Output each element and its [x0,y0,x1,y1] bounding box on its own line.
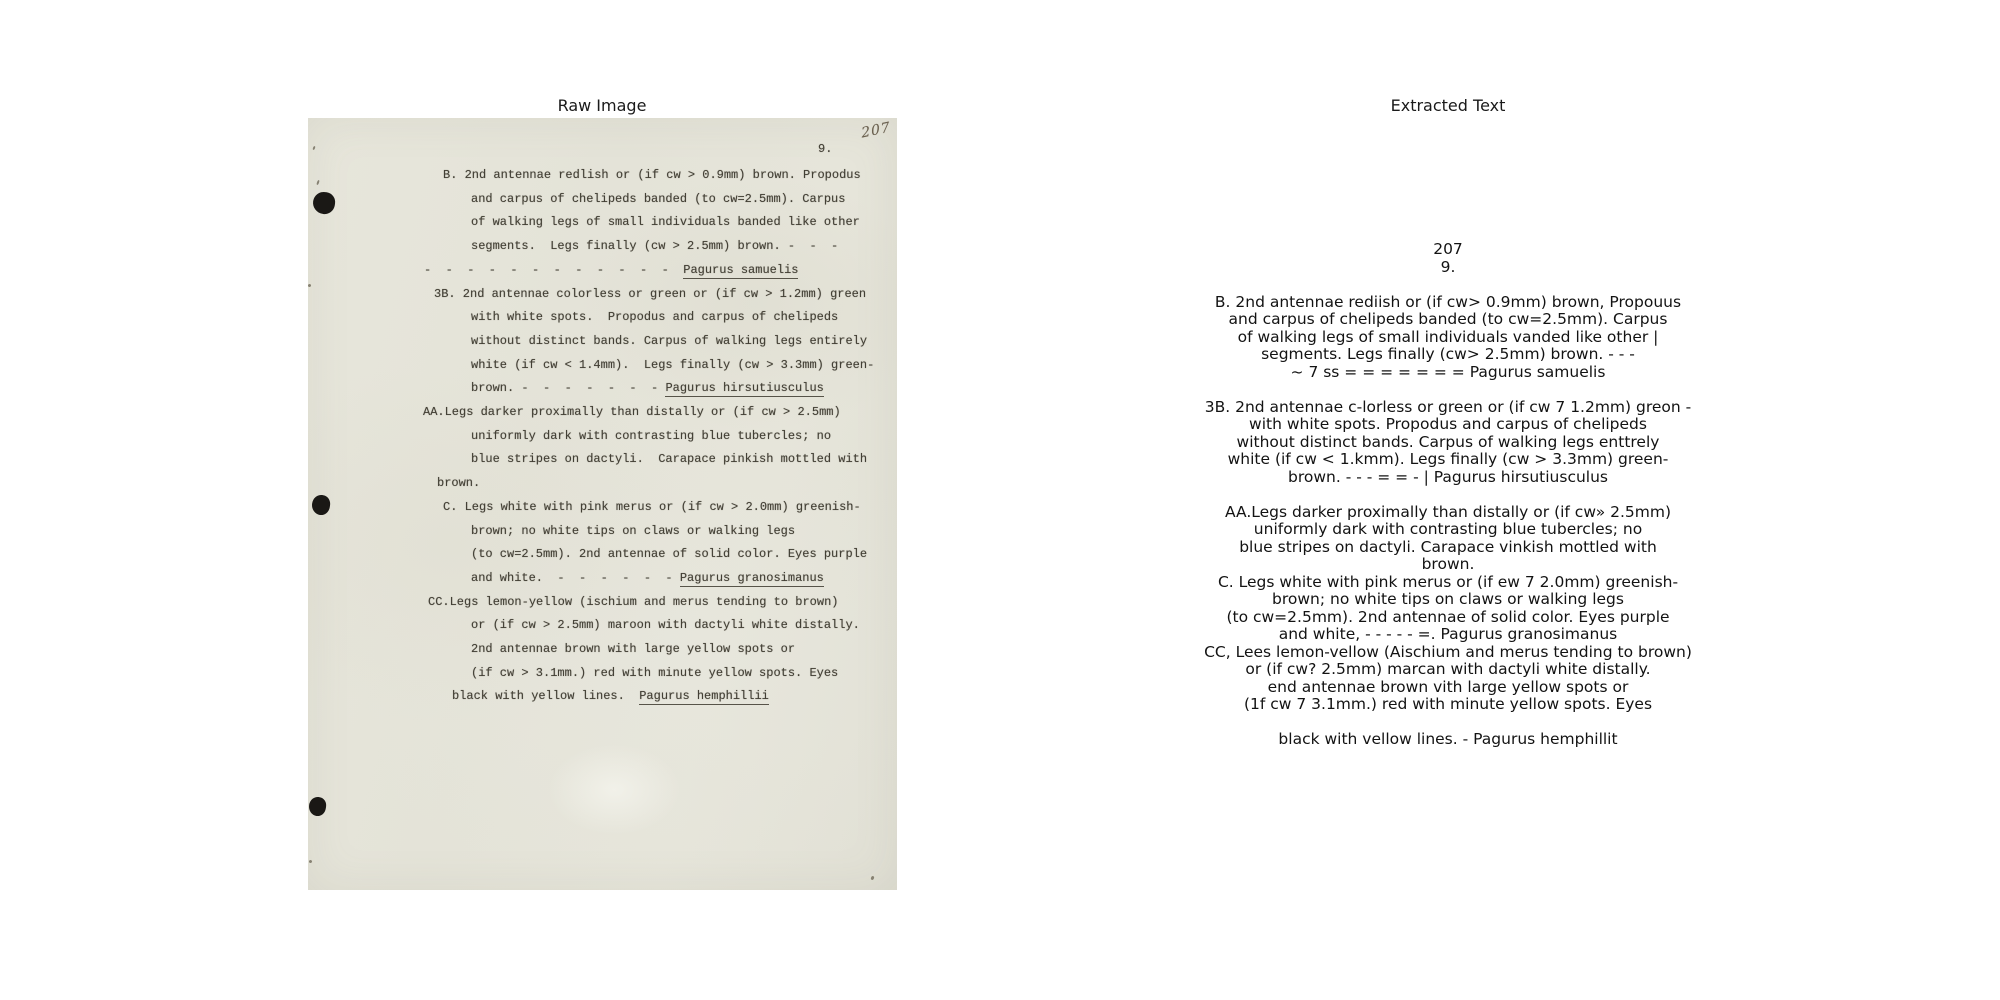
extracted-text-line: black with vellow lines. - Pagurus hemph… [1148,731,1748,749]
raw-text-line: of walking legs of small individuals ban… [471,214,860,230]
extracted-text-line: without distinct bands. Carpus of walkin… [1148,434,1748,452]
extracted-text-line: C. Legs white with pink merus or (if ew … [1148,574,1748,592]
extracted-text-line: brown. [1148,556,1748,574]
raw-text-line: black with yellow lines. Pagurus hemphil… [452,688,769,704]
species-name-underlined: Pagurus samuelis [683,263,798,279]
raw-text: 3B. 2nd antennae colorless or green or (… [434,287,866,301]
raw-text-line: 3B. 2nd antennae colorless or green or (… [434,286,866,302]
extracted-text-line [1148,714,1748,732]
hole-punch-icon [312,191,337,216]
extracted-text-line: with white spots. Propodus and carpus of… [1148,416,1748,434]
raw-text: 2nd antennae brown with large yellow spo… [471,642,795,656]
raw-text-line: AA.Legs darker proximally than distally … [423,404,841,420]
raw-text: brown. [437,476,480,490]
extracted-text-block: 2079. B. 2nd antennae rediish or (if cw>… [1148,241,1748,749]
raw-text-line: or (if cw > 2.5mm) maroon with dactyli w… [471,617,860,633]
extracted-text-line: ~ 7 ss = = = = = = = Pagurus samuelis [1148,364,1748,382]
raw-text: and white. - - - - - - [471,571,680,585]
extracted-text-line: 9. [1148,259,1748,277]
extracted-text-line: end antennae brown vith large yellow spo… [1148,679,1748,697]
raw-text-line: segments. Legs finally (cw > 2.5mm) brow… [471,238,838,254]
hole-punch-icon [308,796,327,817]
raw-text-line: CC.Legs lemon-yellow (ischium and merus … [428,594,838,610]
raw-text-line: white (if cw < 1.4mm). Legs finally (cw … [471,357,874,373]
raw-text-line: and carpus of chelipeds banded (to cw=2.… [471,191,845,207]
raw-text-line: without distinct bands. Carpus of walkin… [471,333,867,349]
raw-text: white (if cw < 1.4mm). Legs finally (cw … [471,358,874,372]
raw-text-line: C. Legs white with pink merus or (if cw … [443,499,861,515]
raw-text: without distinct bands. Carpus of walkin… [471,334,867,348]
extracted-text-line: blue stripes on dactyli. Carapace vinkis… [1148,539,1748,557]
raw-text-line: brown; no white tips on claws or walking… [471,523,795,539]
paper-speck [316,180,320,185]
extracted-text-line: uniformly dark with contrasting blue tub… [1148,521,1748,539]
extracted-text-line: brown; no white tips on claws or walking… [1148,591,1748,609]
raw-text: black with yellow lines. [452,689,639,703]
raw-text: blue stripes on dactyli. Carapace pinkis… [471,452,867,466]
species-name-underlined: Pagurus hirsutiusculus [665,381,823,397]
raw-text-line: brown. [437,475,480,491]
raw-text: - - - - - - - - - - - - [424,263,683,277]
raw-text-line: 2nd antennae brown with large yellow spo… [471,641,795,657]
raw-text: segments. Legs finally (cw > 2.5mm) brow… [471,239,838,253]
raw-text: (to cw=2.5mm). 2nd antennae of solid col… [471,547,867,561]
raw-text: 9. [818,142,832,156]
raw-text: or (if cw > 2.5mm) maroon with dactyli w… [471,618,860,632]
hole-punch-icon [311,494,332,516]
extracted-text-line: segments. Legs finally (cw> 2.5mm) brown… [1148,346,1748,364]
raw-text-line: (to cw=2.5mm). 2nd antennae of solid col… [471,546,867,562]
extracted-text-line: 3B. 2nd antennae c-lorless or green or (… [1148,399,1748,417]
extracted-text-line: B. 2nd antennae rediish or (if cw> 0.9mm… [1148,294,1748,312]
raw-image-panel-title: Raw Image [452,96,752,115]
extracted-text-line: or (if cw? 2.5mm) marcan with dactyli wh… [1148,661,1748,679]
extracted-text-line: (to cw=2.5mm). 2nd antennae of solid col… [1148,609,1748,627]
extracted-text-line: white (if cw < 1.kmm). Legs finally (cw … [1148,451,1748,469]
paper-speck [308,284,312,288]
raw-text: with white spots. Propodus and carpus of… [471,310,838,324]
figure-canvas: Raw Image Extracted Text 207 9.B. 2nd an… [0,0,2000,1000]
extracted-text-line: AA.Legs darker proximally than distally … [1148,504,1748,522]
raw-text-line: blue stripes on dactyli. Carapace pinkis… [471,451,867,467]
extracted-text-line: CC, Lees lemon-vellow (Aischium and meru… [1148,644,1748,662]
raw-text-line: uniformly dark with contrasting blue tub… [471,428,831,444]
raw-text: B. 2nd antennae redlish or (if cw > 0.9m… [443,168,861,182]
extracted-text-line [1148,276,1748,294]
raw-text: brown. - - - - - - - [471,381,665,395]
raw-text: (if cw > 3.1mm.) red with minute yellow … [471,666,838,680]
handwritten-page-number: 207 [861,116,906,141]
extracted-text-line [1148,486,1748,504]
raw-text: AA.Legs darker proximally than distally … [423,405,841,419]
raw-text-line: and white. - - - - - - Pagurus granosima… [471,570,824,586]
raw-text: uniformly dark with contrasting blue tub… [471,429,831,443]
paper-speck [870,876,874,881]
extracted-text-line: (1f cw 7 3.1mm.) red with minute yellow … [1148,696,1748,714]
extracted-text-line: 207 [1148,241,1748,259]
raw-text-line: - - - - - - - - - - - - Pagurus samuelis [424,262,798,278]
species-name-underlined: Pagurus granosimanus [680,571,824,587]
raw-text: C. Legs white with pink merus or (if cw … [443,500,861,514]
extracted-text-line: of walking legs of small individuals van… [1148,329,1748,347]
raw-text: of walking legs of small individuals ban… [471,215,860,229]
paper-speck [312,146,315,150]
raw-text: brown; no white tips on claws or walking… [471,524,795,538]
raw-text-line: with white spots. Propodus and carpus of… [471,309,838,325]
raw-text: CC.Legs lemon-yellow (ischium and merus … [428,595,838,609]
scanned-document-page: 207 9.B. 2nd antennae redlish or (if cw … [308,118,897,890]
species-name-underlined: Pagurus hemphillii [639,689,769,705]
raw-text-line: brown. - - - - - - - Pagurus hirsutiuscu… [471,380,824,396]
extracted-text-panel-title: Extracted Text [1298,96,1598,115]
raw-text: and carpus of chelipeds banded (to cw=2.… [471,192,845,206]
paper-speck [309,860,313,864]
extracted-text-line: and white, - - - - - =. Pagurus granosim… [1148,626,1748,644]
extracted-text-line: brown. - - - = = - | Pagurus hirsutiuscu… [1148,469,1748,487]
extracted-text-line [1148,381,1748,399]
raw-text-line: B. 2nd antennae redlish or (if cw > 0.9m… [443,167,861,183]
extracted-text-line: and carpus of chelipeds banded (to cw=2.… [1148,311,1748,329]
raw-text-line: 9. [818,141,832,157]
raw-text-line: (if cw > 3.1mm.) red with minute yellow … [471,665,838,681]
